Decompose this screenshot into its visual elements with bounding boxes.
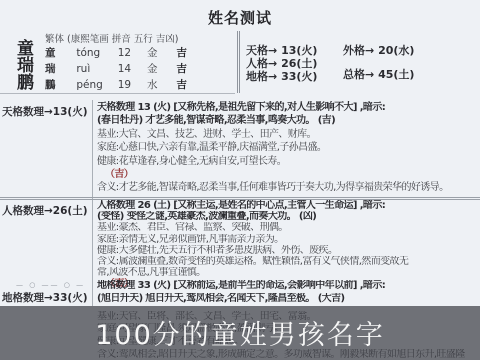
analysis-line: (春日牡丹) 才艺多能,智谋奇略,忍柔当事,鸣奏大功。 (吉)	[97, 114, 475, 127]
trad-char: 童	[45, 45, 73, 60]
analysis-line: 家庭:亲情无义,兄弟似画饼,凡事需亲力亲为。	[97, 234, 475, 245]
page-title: 姓名测试	[0, 7, 480, 28]
analysis-line: 常,风波不息,凡事宜谨慎。	[97, 267, 475, 278]
caption-text: 100分的童姓男孩名字	[0, 313, 480, 352]
analysis-line: 地格数理 33 (火) [又称前运,是前半生的命运,会影响中年以前] ,暗示:	[97, 280, 475, 293]
analysis-line: 含义:属波澜重叠,数奇变怪的英雄运格。赋性颖悟,富有义气侠情,然而变故无	[97, 256, 475, 267]
table-row: 鵬 péng 19 水 吉	[45, 77, 235, 93]
section-label-tiange: 天格数理→13(火)	[2, 104, 90, 119]
analysis-line: 人格数理 26 (土) [又称主运,是姓名的中心点,主管人一生命运] ,暗示:	[97, 200, 475, 211]
table-row: 童 tóng 12 金 吉	[45, 45, 235, 61]
grid-waige: 外格→ 20(水)	[343, 42, 414, 58]
analysis-line: (旭日升天) 旭日升天,鸾凤相会,名闻天下,隆昌至极。 (大吉)	[97, 293, 475, 306]
luck-flag: 吉	[176, 61, 196, 76]
strokes: 12	[118, 47, 144, 59]
name-characters: 童瑞鹏	[7, 39, 31, 90]
analysis-line: 含义:才艺多能,智谋奇略,忍柔当事,任何难事皆巧于奏大功,为得享福贵荣华的好诱导…	[97, 181, 475, 194]
table-row: 瑞 ruì 14 金 吉	[45, 61, 235, 77]
trad-char: 瑞	[45, 61, 73, 76]
analysis-line: 家庭:心慈口快,六亲有靠,温柔平静,庆福满堂,子孙昌盛。	[97, 141, 475, 154]
name-analysis-image[interactable]: 姓名测试 童瑞鹏 繁体 (康熙笔画 拼音 五行 吉凶) 童 tóng 12 金 …	[0, 0, 480, 360]
dashed-decoration: — ○ —— ○ —	[16, 281, 86, 289]
section-tiange-text: 天格数理 13 (火) [又称先格,是祖先留下来的,对人生影响不大] ,暗示: …	[97, 101, 475, 195]
strokes: 14	[118, 63, 144, 75]
element: 水	[147, 77, 173, 92]
analysis-line: (变怪) 变怪之谜,英雄豪杰,波澜重叠,而奏大功。 (凶)	[97, 211, 475, 222]
char-table-header: 繁体 (康熙笔画 拼音 五行 吉凶)	[45, 31, 179, 45]
section-vertical-rule	[92, 100, 93, 306]
pinyin: tóng	[76, 47, 114, 59]
luck-flag: 吉	[176, 77, 196, 92]
analysis-line: 基业:豪杰、君臣、官禄、监察、突破、刑偶。	[97, 222, 475, 233]
strokes: 19	[118, 79, 144, 91]
analysis-line: 健康:大多健壮,先天五行不和者多患皮肤病、外伤、废疾。	[97, 245, 475, 256]
vertical-divider	[237, 31, 240, 93]
pinyin: péng	[76, 79, 114, 91]
element: 金	[147, 61, 173, 76]
section-label-renge: 人格数理→26(土)	[2, 203, 90, 218]
section-renge-text: 人格数理 26 (土) [又称主运,是姓名的中心点,主管人一生命运] ,暗示: …	[97, 200, 475, 290]
grid-dige: 地格→ 33(火)	[246, 68, 317, 84]
pinyin: ruì	[76, 63, 114, 75]
analysis-line: 天格数理 13 (火) [又称先格,是祖先留下来的,对人生影响不大] ,暗示:	[97, 101, 475, 114]
luck-mark: （吉）	[97, 168, 475, 181]
horizontal-divider	[0, 93, 235, 94]
trad-char: 鵬	[45, 77, 73, 92]
section-label-dige: 地格数理→33(火)	[2, 290, 90, 305]
element: 金	[147, 45, 173, 60]
luck-flag: 吉	[176, 45, 196, 60]
analysis-line: 健康:花草逢春,身心健全,无病自安,可望长寿。	[97, 155, 475, 168]
grid-zongge: 总格→ 45(土)	[343, 66, 414, 82]
analysis-line: 基业:大官、文昌、技艺、进财、学士、田产、财库。	[97, 128, 475, 141]
